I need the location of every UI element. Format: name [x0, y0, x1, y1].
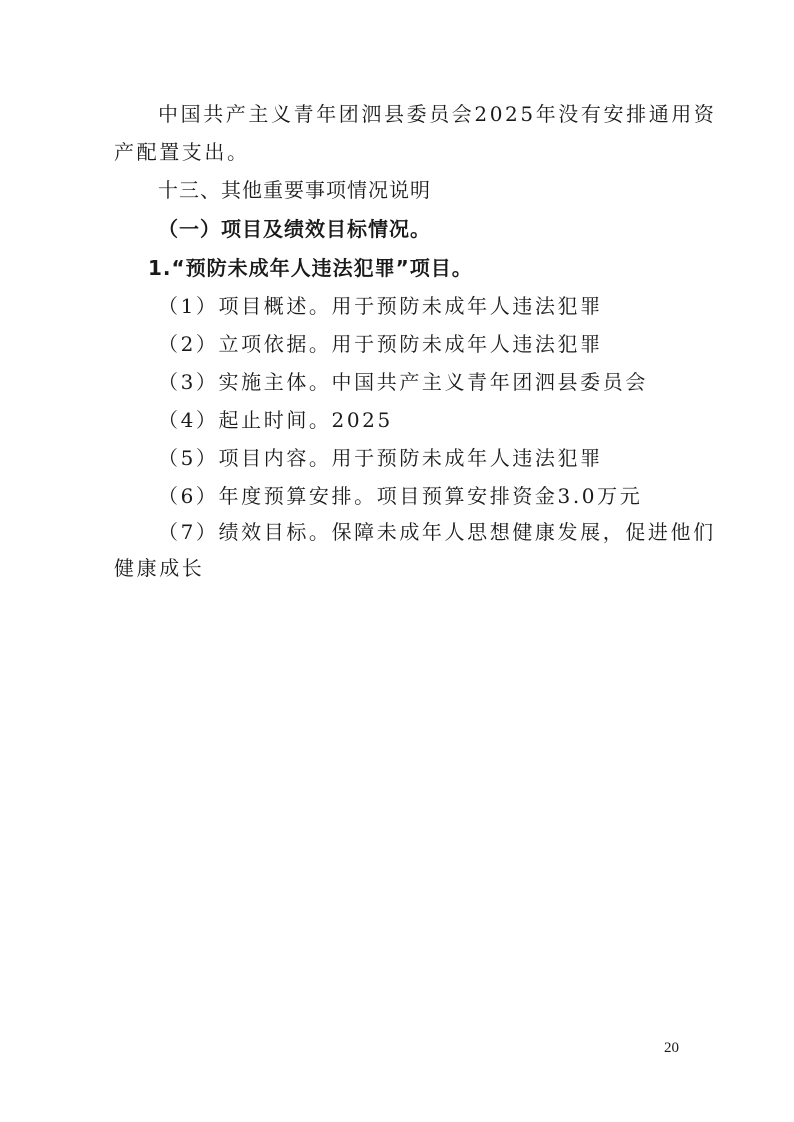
item-project-content: （5）项目内容。用于预防未成年人违法犯罪 — [158, 445, 728, 471]
section-heading-other-matters: 十三、其他重要事项情况说明 — [158, 177, 728, 203]
paragraph-general-assets: 中国共产主义青年团泗县委员会2025年没有安排通用资 — [158, 101, 728, 127]
item-performance-goal: （7）绩效目标。保障未成年人思想健康发展，促进他们 — [158, 519, 728, 545]
document-page: 中国共产主义青年团泗县委员会2025年没有安排通用资 产配置支出。 十三、其他重… — [0, 0, 794, 1122]
item-performance-goal-continued: 健康成长 — [114, 555, 684, 581]
item-implementing-entity: （3）实施主体。中国共产主义青年团泗县委员会 — [158, 369, 728, 395]
subsection-heading-project-goals: （一）项目及绩效目标情况。 — [158, 216, 728, 242]
item-project-basis: （2）立项依据。用于预防未成年人违法犯罪 — [158, 331, 728, 357]
project-title: 1.“预防未成年人违法犯罪”项目。 — [148, 255, 718, 281]
item-project-overview: （1）项目概述。用于预防未成年人违法犯罪 — [158, 293, 728, 319]
paragraph-general-assets-continued: 产配置支出。 — [114, 139, 684, 165]
item-annual-budget: （6）年度预算安排。项目预算安排资金3.0万元 — [158, 483, 728, 509]
item-time-period: （4）起止时间。2025 — [158, 407, 728, 433]
page-number: 20 — [664, 1040, 679, 1057]
